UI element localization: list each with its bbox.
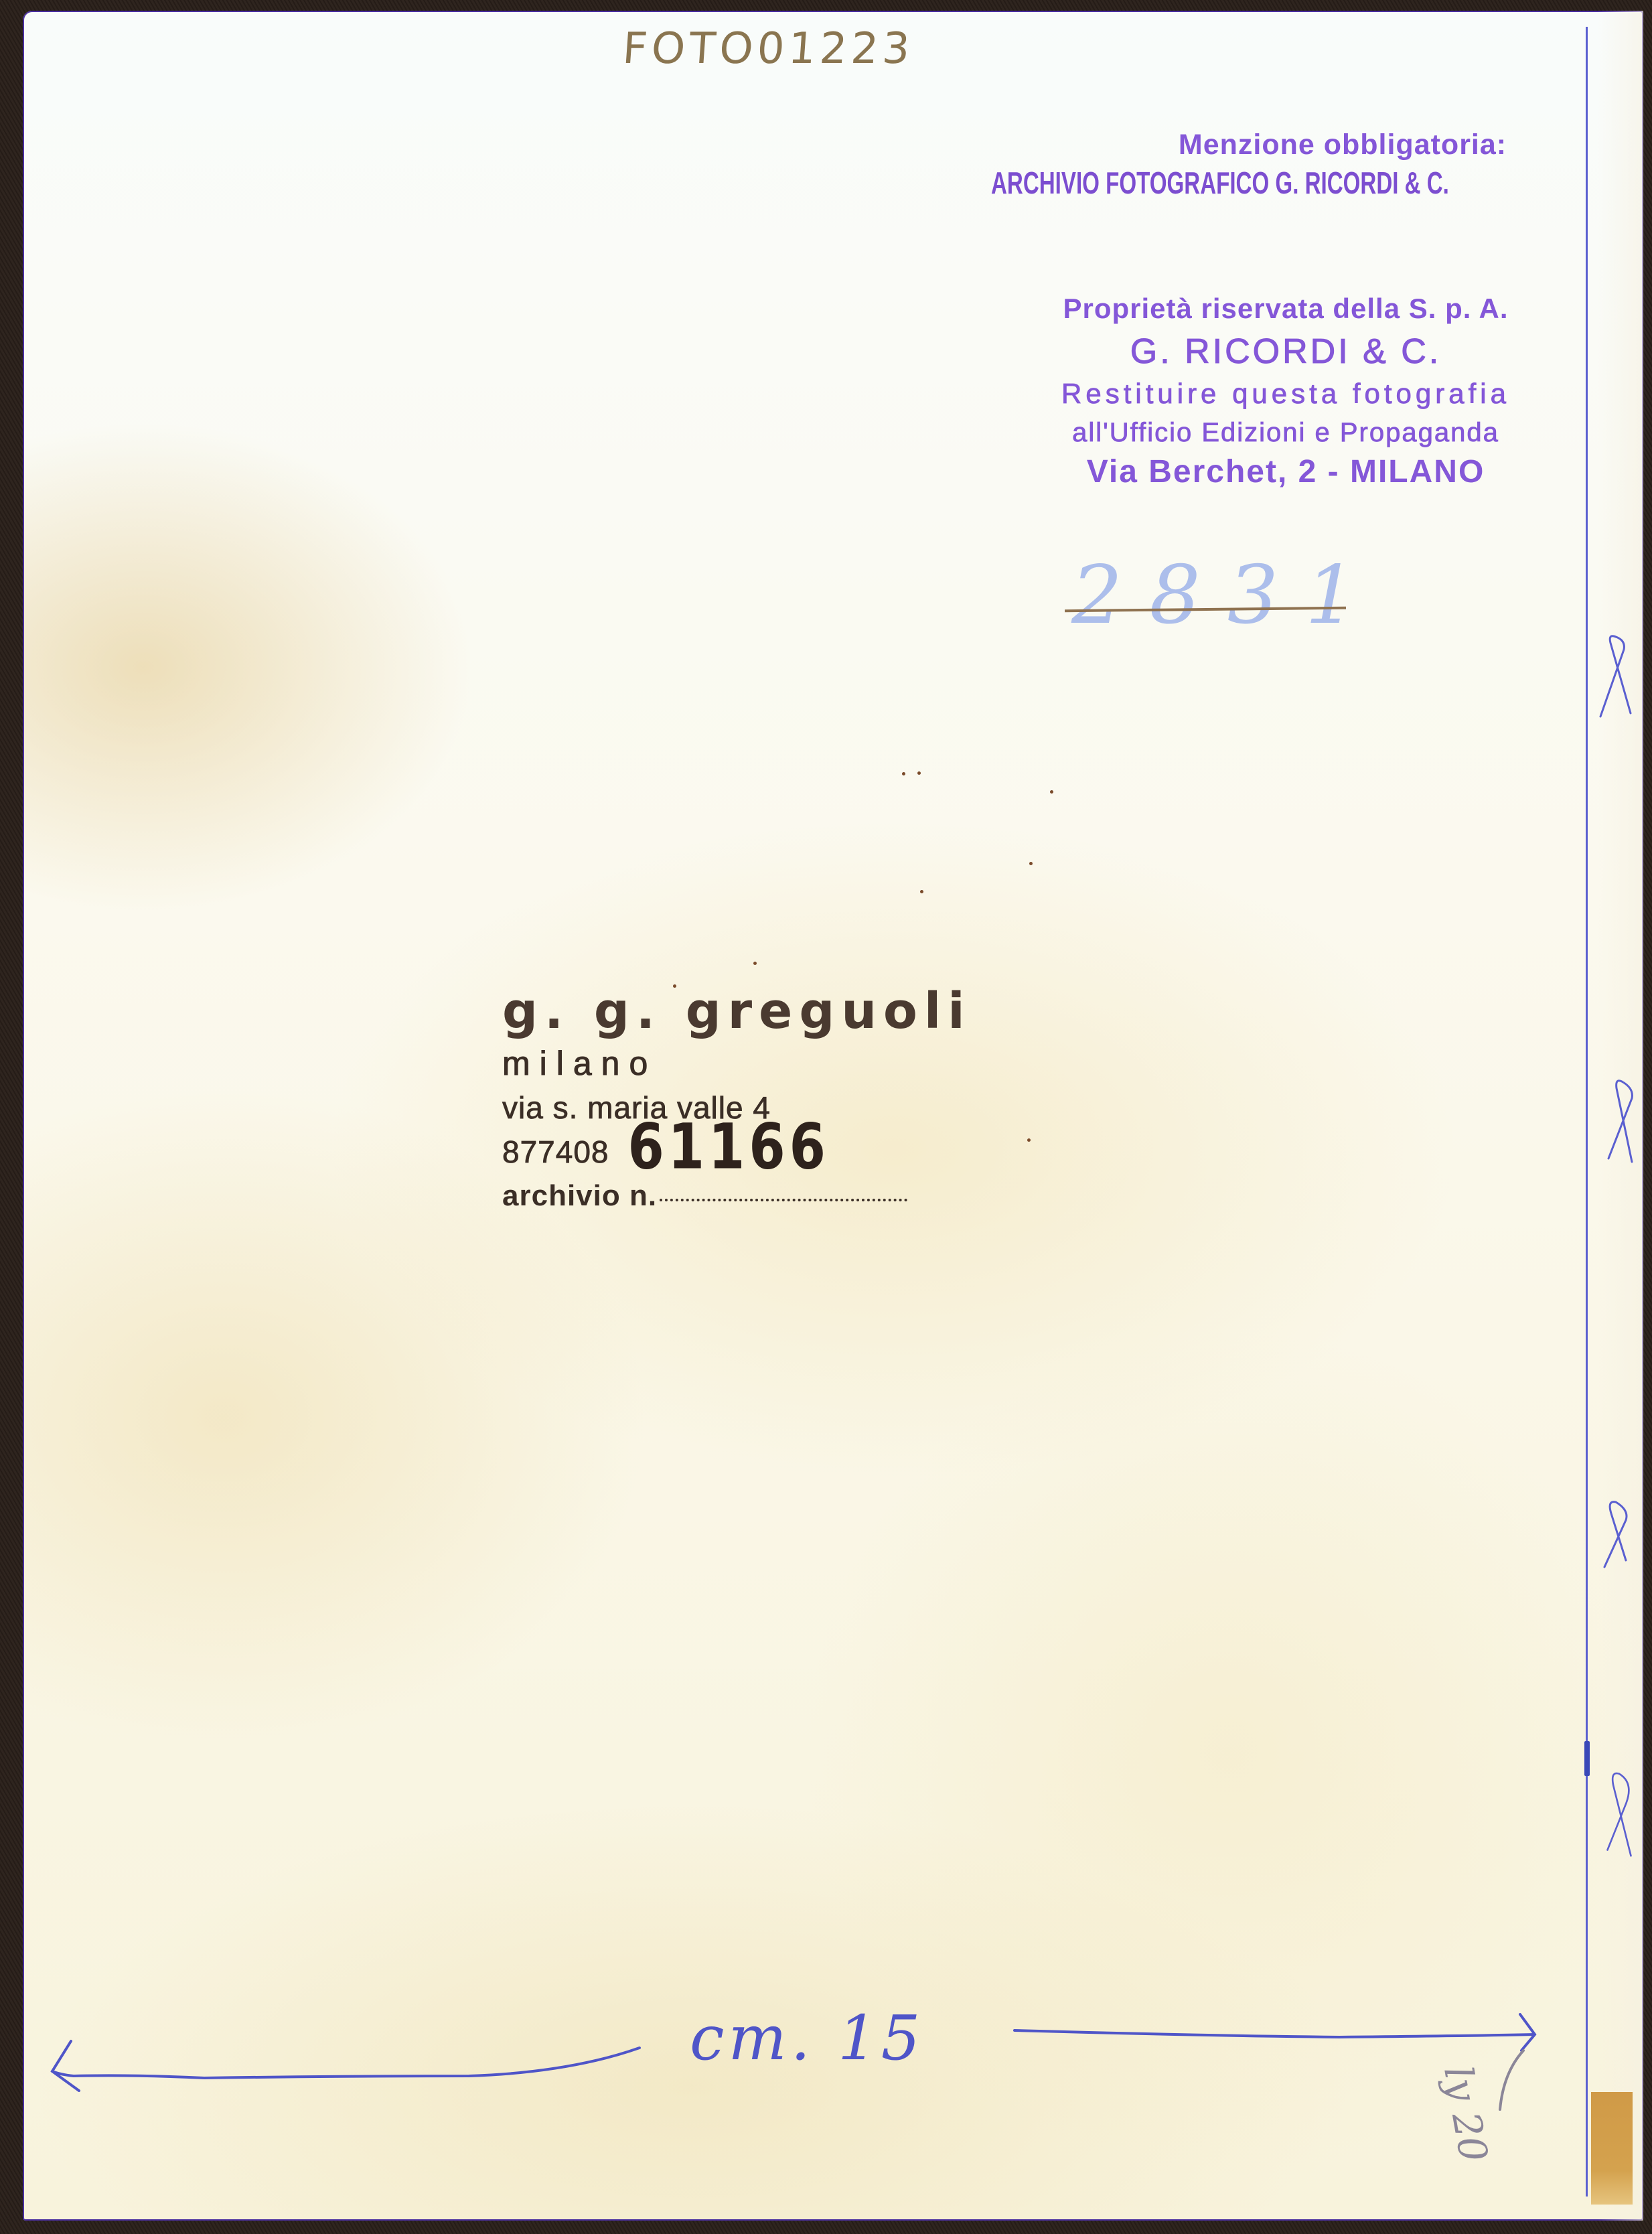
dust-speck <box>1029 862 1033 865</box>
measurement-label: cm. 15 <box>690 2002 924 2074</box>
dust-speck <box>1050 790 1053 794</box>
dust-speck <box>917 771 921 775</box>
corner-pencil-stroke <box>1500 2051 1523 2109</box>
dust-speck <box>753 962 757 965</box>
dust-speck <box>902 772 905 775</box>
left-arrow-icon <box>52 2041 640 2091</box>
dust-speck <box>673 984 676 988</box>
measurement-arrows <box>0 0 1652 2234</box>
dust-speck <box>920 890 923 893</box>
right-arrow-icon <box>1015 2014 1535 2051</box>
dust-speck <box>1027 1138 1031 1142</box>
archival-tape-strip <box>1591 2092 1633 2205</box>
